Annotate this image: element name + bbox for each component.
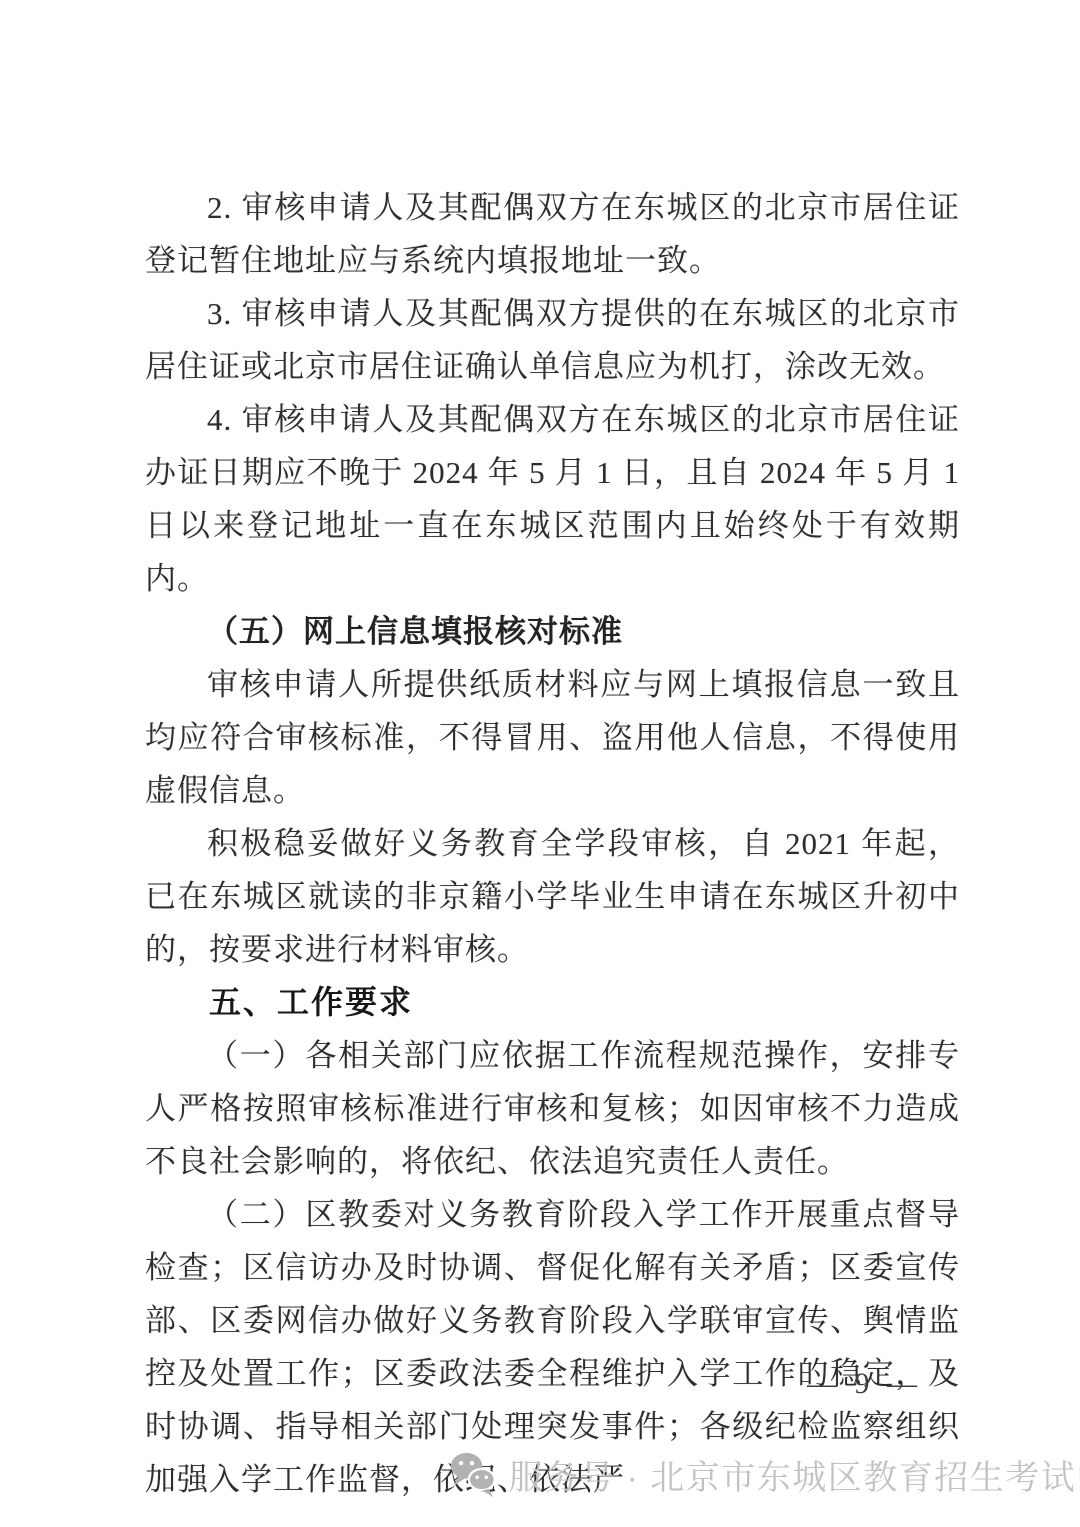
document-text-block: 2. 审核申请人及其配偶双方在东城区的北京市居住证登记暂住地址应与系统内填报地址… xyxy=(145,181,960,1506)
sub-heading-online-info-standard: （五）网上信息填报核对标准 xyxy=(145,605,960,658)
doc-paragraph: 2. 审核申请人及其配偶双方在东城区的北京市居住证登记暂住地址应与系统内填报地址… xyxy=(145,181,960,287)
doc-paragraph: 4. 审核申请人及其配偶双方在东城区的北京市居住证办证日期应不晚于 2024 年… xyxy=(145,393,960,605)
document-page: 2. 审核申请人及其配偶双方在东城区的北京市居住证登记暂住地址应与系统内填报地址… xyxy=(0,0,1080,1527)
doc-paragraph: 审核申请人所提供纸质材料应与网上填报信息一致且均应符合审核标准，不得冒用、盗用他… xyxy=(145,658,960,817)
section-heading-work-requirements: 五、工作要求 xyxy=(145,976,960,1029)
watermark-footer: 服务号 · 北京市东城区教育招生考试中心 xyxy=(450,1450,1080,1499)
doc-paragraph: 3. 审核申请人及其配偶双方提供的在东城区的北京市居住证或北京市居住证确认单信息… xyxy=(145,287,960,393)
doc-paragraph: 积极稳妥做好义务教育全学段审核，自 2021 年起，已在东城区就读的非京籍小学毕… xyxy=(145,817,960,976)
wechat-icon xyxy=(450,1451,496,1499)
page-number: — 9 — xyxy=(807,1367,922,1401)
doc-paragraph: （一）各相关部门应依据工作流程规范操作，安排专人严格按照审核标准进行审核和复核；… xyxy=(145,1029,960,1188)
watermark-text: 服务号 · 北京市东城区教育招生考试中心 xyxy=(509,1450,1080,1499)
